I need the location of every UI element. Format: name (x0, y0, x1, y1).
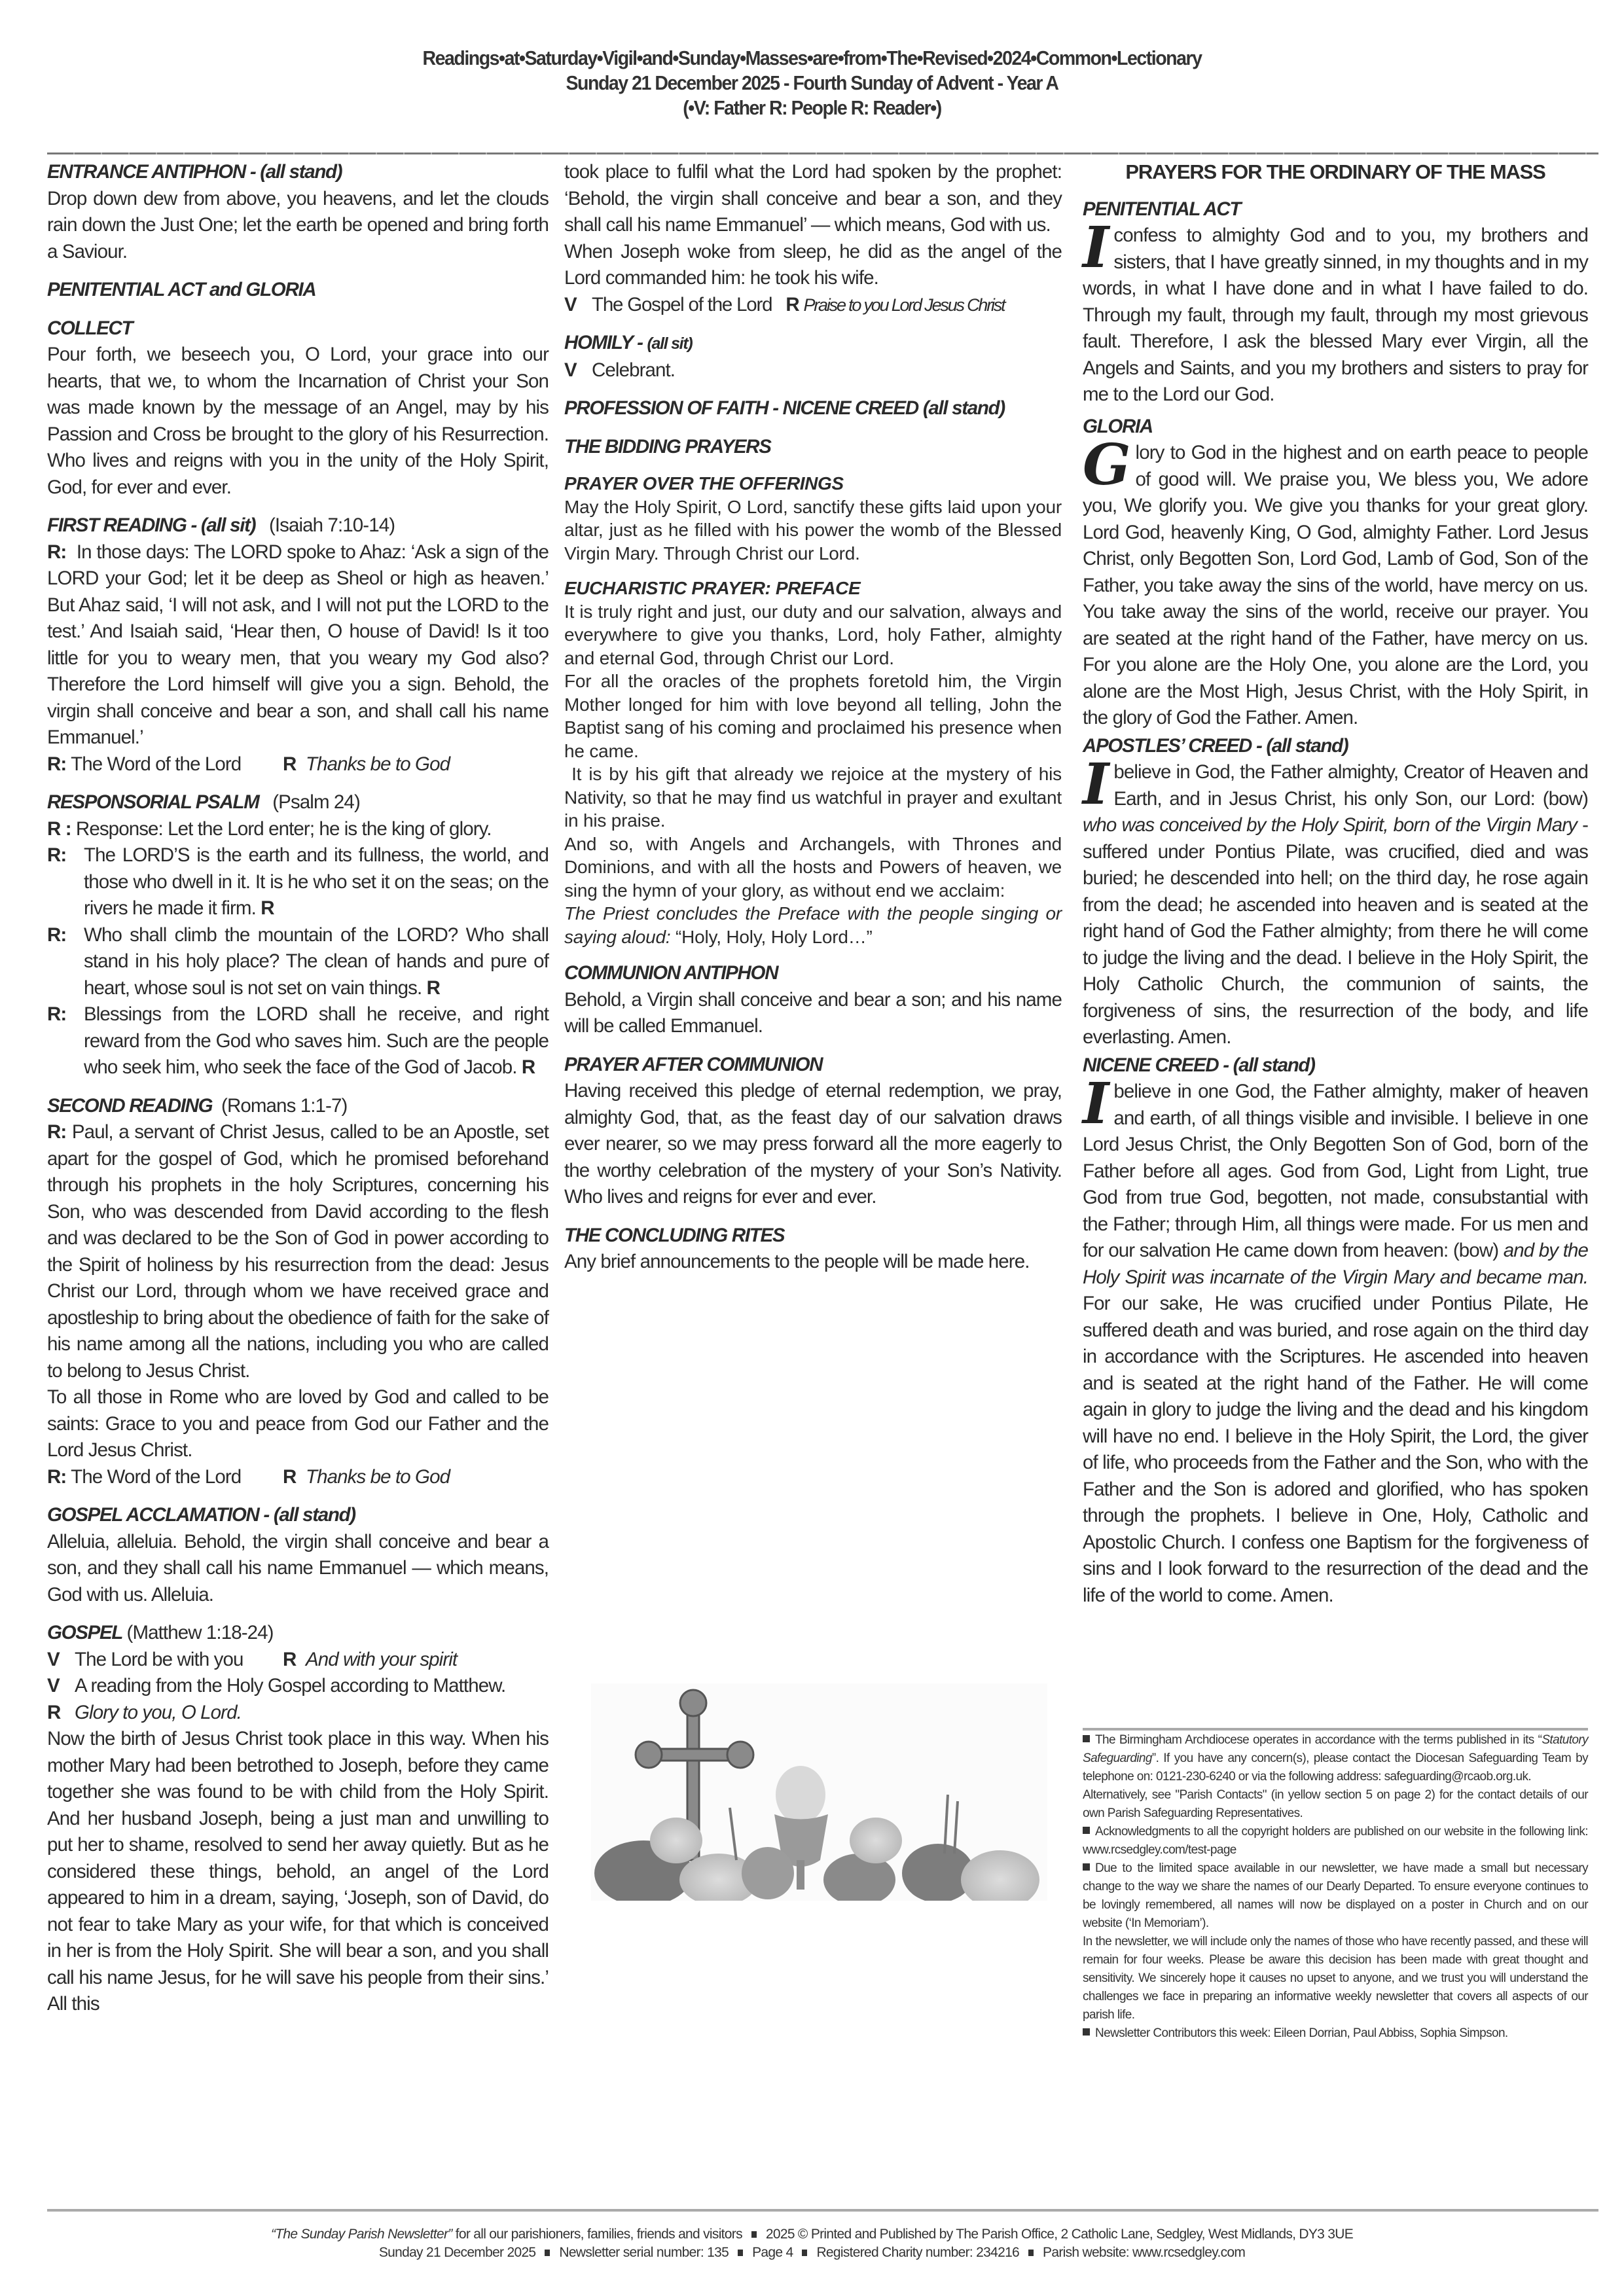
reader-label: R: (47, 753, 66, 775)
separator-icon (1028, 2250, 1034, 2256)
heading-label: GOSPEL (47, 1622, 122, 1643)
section-heading: PENITENTIAL ACT (1083, 196, 1588, 223)
section-heading: PRAYER AFTER COMMUNION (564, 1052, 1062, 1079)
safeguarding-notice: The Birmingham Archdiocese operates in a… (1083, 1731, 1588, 1786)
cross-chalice-flowers-icon (591, 1683, 1047, 1901)
response-label: R (283, 753, 296, 775)
psalm-verse: R:Who shall climb the mountain of the LO… (47, 922, 549, 1002)
serial-number: Newsletter serial number: 135 (559, 2245, 729, 2260)
reader-closing: R: The Word of the Lord (47, 751, 283, 778)
priest-text: A reading from the Holy Gospel according… (75, 1673, 505, 1700)
notes-divider (1083, 1728, 1588, 1731)
column-liturgy: took place to fulfil what the Lord had s… (564, 159, 1062, 1287)
preface-text: It is by his gift that already we rejoic… (564, 762, 1062, 833)
bullet-square-icon (1083, 2028, 1090, 2036)
response-text: Thanks be to God (306, 753, 450, 775)
gospel-text: Now the birth of Jesus Christ took place… (47, 1726, 549, 2018)
response-label: R : (47, 818, 71, 840)
prayer-text: Glory to God in the highest and on earth… (1083, 440, 1588, 732)
section-text: May the Holy Spirit, O Lord, sanctify th… (564, 495, 1062, 565)
priest-label: V (47, 1647, 75, 1674)
prayer-emphasis: who was conceived by the Holy Spirit, bo… (1083, 814, 1577, 836)
separator-icon (738, 2250, 743, 2256)
notice-text: Due to the limited space available in ou… (1083, 1861, 1588, 1930)
priest-label: V (564, 292, 592, 319)
priest-line: VThe Lord be with you (47, 1647, 283, 1674)
section-heading: NICENE CREED - (all stand) (1083, 1052, 1588, 1079)
preface-text: For all the oracles of the prophets fore… (564, 670, 1062, 762)
section-text: Drop down dew from above, you heavens, a… (47, 186, 549, 266)
column-ordinary-prayers: PRAYERS FOR THE ORDINARY OF THE MASS PEN… (1083, 159, 1588, 1621)
separator-icon (751, 2231, 757, 2238)
footer-line-2: Sunday 21 December 2025Newsletter serial… (0, 2244, 1624, 2262)
contributors-notice: Newsletter Contributors this week: Eilee… (1083, 2024, 1588, 2043)
dropcap-letter: I (1083, 762, 1108, 808)
footer-date: Sunday 21 December 2025 (379, 2245, 536, 2260)
dialogue-line: RGlory to you, O Lord. (47, 1700, 549, 1727)
scripture-reference: (Psalm 24) (272, 791, 360, 813)
section-heading: PROFESSION OF FAITH - NICENE CREED (all … (564, 395, 1062, 422)
response-label: R (785, 292, 799, 319)
people-response: R Thanks be to God (283, 1464, 450, 1491)
separator-icon (545, 2250, 550, 2256)
people-response: R Thanks be to God (283, 751, 450, 778)
response-text: Glory to you, O Lord. (75, 1700, 242, 1727)
heading-note: (all sit) (647, 334, 693, 353)
section-heading: PENITENTIAL ACT and GLORIA (47, 277, 549, 304)
reader-label: R: (47, 1121, 66, 1143)
psalm-response: R : Response: Let the Lord enter; he is … (47, 816, 549, 843)
dialogue-line: VThe Gospel of the Lord R Praise to you … (564, 292, 1062, 319)
scripture-reference: (Romans 1:1-7) (221, 1095, 347, 1117)
gospel: GOSPEL (Matthew 1:18-24) VThe Lord be wi… (47, 1620, 549, 2018)
section-heading: THE CONCLUDING RITES (564, 1223, 1062, 1249)
response-marker: R (522, 1056, 535, 1078)
reading-text: To all those in Rome who are loved by Go… (47, 1384, 549, 1464)
page-number: Page 4 (752, 2245, 793, 2260)
response-label: R (283, 1649, 296, 1670)
response-text: Response: Let the Lord enter; he is the … (76, 818, 492, 840)
section-heading: GLORIA (1083, 414, 1588, 440)
header-divider (47, 152, 1598, 154)
verse-text: Who shall climb the mountain of the LORD… (84, 924, 549, 999)
dialogue-line: VA reading from the Holy Gospel accordin… (47, 1673, 549, 1700)
lectionary-note: Readings•at•Saturday•Vigil•and•Sunday•Ma… (65, 46, 1559, 71)
notice-text: Acknowledgments to all the copyright hol… (1083, 1825, 1588, 1857)
section-heading: COLLECT (47, 315, 549, 342)
first-reading: FIRST READING - (all sit) (Isaiah 7:10-1… (47, 512, 549, 778)
preface-text: And so, with Angels and Archangels, with… (564, 833, 1062, 903)
dropcap-letter: I (1083, 1081, 1108, 1127)
section-heading: GOSPEL ACCLAMATION - (all stand) (47, 1502, 549, 1529)
section-heading: FIRST READING - (all sit) (Isaiah 7:10-1… (47, 512, 549, 539)
second-reading: SECOND READING (Romans 1:1-7) R: Paul, a… (47, 1093, 549, 1491)
prayer-body: - suffered under Pontius Pilate, was cru… (1083, 814, 1588, 1048)
section-text: Any brief announcements to the people wi… (564, 1249, 1062, 1276)
section-heading: THE BIDDING PRAYERS (564, 434, 1062, 461)
safeguarding-alt-notice: Alternatively, see "Parish Contacts" (in… (1083, 1786, 1588, 1823)
section-heading: APOSTLES’ CREED - (all stand) (1083, 733, 1588, 760)
response-label: R (283, 1466, 296, 1488)
entrance-antiphon: ENTRANCE ANTIPHON - (all stand) Drop dow… (47, 159, 549, 265)
priest-text: The Lord be with you (75, 1647, 244, 1674)
section-heading: EUCHARISTIC PRAYER: PREFACE (564, 577, 1062, 600)
separator-icon (802, 2250, 807, 2256)
psalm-verse: R:Blessings from the LORD shall he recei… (47, 1001, 549, 1081)
closing-text: The Word of the Lord (71, 753, 241, 775)
dialogue-line: VThe Lord be with you R And with your sp… (47, 1647, 549, 1674)
concluding-rites: THE CONCLUDING RITES Any brief announcem… (564, 1223, 1062, 1276)
response-marker: R (261, 897, 274, 919)
reading-text: R: Paul, a servant of Christ Jesus, call… (47, 1119, 549, 1384)
section-heading: HOMILY - (all sit) (564, 330, 1062, 357)
section-text: Pour forth, we beseech you, O Lord, your… (47, 342, 549, 501)
column-readings: ENTRANCE ANTIPHON - (all stand) Drop dow… (47, 159, 549, 2030)
column-title: PRAYERS FOR THE ORDINARY OF THE MASS (1083, 159, 1588, 186)
priest-label: V (47, 1673, 75, 1700)
section-heading: ENTRANCE ANTIPHON - (all stand) (47, 159, 549, 186)
response-text: And with your spirit (306, 1649, 457, 1670)
parish-notices: The Birmingham Archdiocese operates in a… (1083, 1731, 1588, 2043)
responsorial-psalm: RESPONSORIAL PSALM (Psalm 24) R : Respon… (47, 789, 549, 1081)
notice-text: ”. If you have any concern(s), please co… (1083, 1751, 1588, 1784)
notice-text: Newsletter Contributors this week: Eilee… (1095, 2026, 1508, 2040)
psalm-verse: R:The LORD’S is the earth and its fullne… (47, 842, 549, 922)
section-heading: SECOND READING (Romans 1:1-7) (47, 1093, 549, 1120)
bullet-square-icon (1083, 1735, 1090, 1742)
newsletter-name: “The Sunday Parish Newsletter” (271, 2227, 452, 2242)
scripture-reference: (Isaiah 7:10-14) (269, 514, 395, 536)
response-label: R (47, 1700, 75, 1727)
gospel-text: took place to fulfil what the Lord had s… (564, 159, 1062, 239)
dialogue-line: VCelebrant. (564, 357, 1062, 384)
response-marker: R (427, 977, 440, 999)
homily: HOMILY - (all sit) VCelebrant. (564, 330, 1062, 384)
dropcap-letter: I (1083, 225, 1108, 271)
gospel-acclamation: GOSPEL ACCLAMATION - (all stand) Allelui… (47, 1502, 549, 1608)
apostles-creed: APOSTLES’ CREED - (all stand) Ibelieve i… (1083, 733, 1588, 1051)
prayer-body: believe in one God, the Father almighty,… (1083, 1081, 1588, 1261)
reader-label: R: (47, 922, 84, 1002)
page-header: Readings•at•Saturday•Vigil•and•Sunday•Ma… (0, 46, 1624, 120)
nicene-creed: NICENE CREED - (all stand) Ibelieve in o… (1083, 1052, 1588, 1609)
section-text: Behold, a Virgin shall conceive and bear… (564, 987, 1062, 1040)
departed-notice: Due to the limited space available in ou… (1083, 1859, 1588, 1933)
penitential-act: PENITENTIAL ACT Iconfess to almighty God… (1083, 196, 1588, 408)
reading-body: Paul, a servant of Christ Jesus, called … (47, 1121, 549, 1382)
communion-antiphon: COMMUNION ANTIPHON Behold, a Virgin shal… (564, 960, 1062, 1040)
prayer-after-communion: PRAYER AFTER COMMUNION Having received t… (564, 1052, 1062, 1211)
people-response: R And with your spirit (283, 1647, 457, 1674)
parish-website-link[interactable]: Parish website: www.rcsedgley.com (1043, 2245, 1245, 2260)
bullet-square-icon (1083, 1863, 1090, 1871)
heading-label: FIRST READING - (all sit) (47, 514, 255, 536)
section-heading: GOSPEL (Matthew 1:18-24) (47, 1620, 549, 1647)
dropcap-letter: G (1083, 442, 1130, 488)
bidding-prayers: THE BIDDING PRAYERS (564, 434, 1062, 461)
penitential-gloria: PENITENTIAL ACT and GLORIA (47, 277, 549, 304)
reading-body: In those days: The LORD spoke to Ahaz: ‘… (47, 541, 549, 749)
publisher-info: 2025 © Printed and Published by The Pari… (766, 2227, 1353, 2242)
rubric: The Priest concludes the Preface with th… (564, 902, 1062, 948)
reading-response: R: The Word of the Lord R Thanks be to G… (47, 1464, 549, 1491)
heading-label: RESPONSORIAL PSALM (47, 791, 259, 813)
closing-text: The Word of the Lord (71, 1466, 241, 1488)
section-heading: PRAYER OVER THE OFFERINGS (564, 472, 1062, 495)
section-heading: COMMUNION ANTIPHON (564, 960, 1062, 987)
cross-chalice-illustration (591, 1683, 1047, 1901)
collect: COLLECT Pour forth, we beseech you, O Lo… (47, 315, 549, 501)
date-title: Sunday 21 December 2025 - Fourth Sunday … (65, 71, 1559, 96)
sanctus-cue: “Holy, Holy, Holy Lord…” (670, 927, 872, 947)
prayer-body: For our sake, He was crucified under Pon… (1083, 1293, 1588, 1606)
prayer-body: believe in God, the Father almighty, Cre… (1113, 761, 1588, 810)
response-text: Praise to you Lord Jesus Christ (803, 292, 1004, 319)
acknowledgments-notice: Acknowledgments to all the copyright hol… (1083, 1823, 1588, 1859)
verse-text: Blessings from the LORD shall he receive… (84, 1003, 549, 1078)
scripture-reference: (Matthew 1:18-24) (127, 1622, 274, 1643)
reader-label: R: (47, 842, 84, 922)
notice-text: The Birmingham Archdiocese operates in a… (1095, 1733, 1542, 1747)
prayer-text: Ibelieve in one God, the Father almighty… (1083, 1079, 1588, 1609)
reader-closing: R: The Word of the Lord (47, 1464, 283, 1491)
reading-text: R: In those days: The LORD spoke to Ahaz… (47, 539, 549, 751)
prayer-text: Iconfess to almighty God and to you, my … (1083, 223, 1588, 408)
bullet-square-icon (1083, 1827, 1090, 1834)
footer-text: for all our parishioners, families, frie… (452, 2227, 742, 2242)
prayer-body: lory to God in the highest and on earth … (1083, 442, 1588, 728)
priest-label: V (564, 357, 592, 384)
gospel-text: When Joseph woke from sleep, he did as t… (564, 239, 1062, 292)
eucharistic-preface: EUCHARISTIC PRAYER: PREFACE It is truly … (564, 577, 1062, 948)
prayer-body: confess to almighty God and to you, my b… (1083, 224, 1588, 405)
preface-text: It is truly right and just, our duty and… (564, 600, 1062, 670)
reader-label: R: (47, 1466, 66, 1488)
charity-number: Registered Charity number: 234216 (816, 2245, 1019, 2260)
heading-label: HOMILY - (564, 332, 647, 353)
prayer-text: Ibelieve in God, the Father almighty, Cr… (1083, 759, 1588, 1051)
reading-response: R: The Word of the Lord R Thanks be to G… (47, 751, 549, 778)
profession-of-faith: PROFESSION OF FAITH - NICENE CREED (all … (564, 395, 1062, 422)
prayer-over-offerings: PRAYER OVER THE OFFERINGS May the Holy S… (564, 472, 1062, 565)
departed-notice-cont: In the newsletter, we will include only … (1083, 1933, 1588, 2024)
priest-text: Celebrant. (592, 357, 675, 384)
page-footer: “The Sunday Parish Newsletter” for all o… (0, 2225, 1624, 2262)
reader-label: R: (47, 1001, 84, 1081)
gospel-continued: took place to fulfil what the Lord had s… (564, 159, 1062, 318)
response-text: Thanks be to God (306, 1466, 450, 1488)
section-text: Having received this pledge of eternal r… (564, 1078, 1062, 1211)
section-heading: RESPONSORIAL PSALM (Psalm 24) (47, 789, 549, 816)
footer-divider (47, 2209, 1598, 2212)
verse-text: The LORD’S is the earth and its fullness… (84, 844, 549, 919)
section-text: Alleluia, alleluia. Behold, the virgin s… (47, 1529, 549, 1609)
heading-label: SECOND READING (47, 1095, 212, 1117)
footer-line-1: “The Sunday Parish Newsletter” for all o… (0, 2225, 1624, 2244)
reader-label: R: (47, 541, 66, 563)
role-legend: (•V: Father R: People R: Reader•) (65, 96, 1559, 120)
priest-text: The Gospel of the Lord (592, 292, 772, 319)
gloria: GLORIA Glory to God in the highest and o… (1083, 414, 1588, 732)
